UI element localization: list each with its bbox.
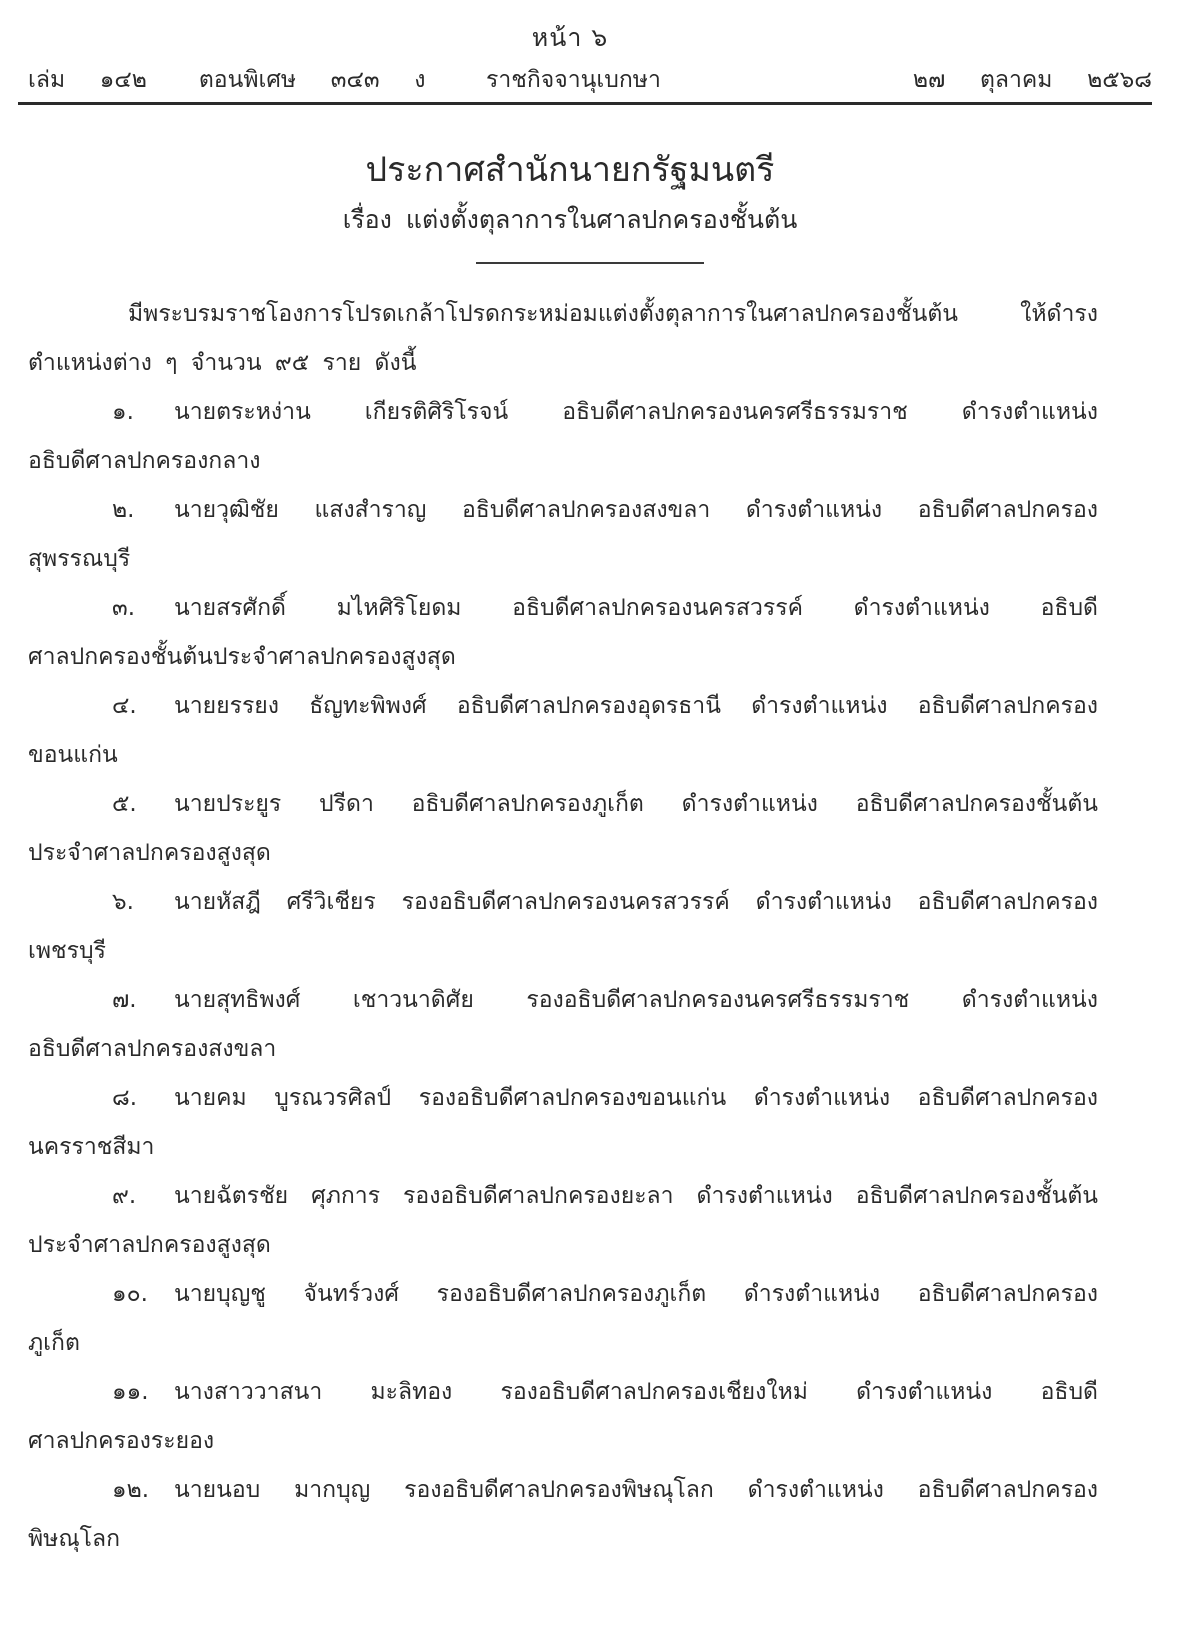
item-first-line: ๓.นายสรศักดิ์ มไหศิริโยดม อธิบดีศาลปกครอ… (28, 584, 1098, 633)
item-first-line: ๔.นายยรรยง ธัญทะพิพงศ์ อธิบดีศาลปกครองอุ… (28, 682, 1098, 731)
intro-paragraph: มีพระบรมราชโองการโปรดเกล้าโปรดกระหม่อมแต… (28, 290, 1098, 388)
header-divider (18, 102, 1152, 105)
item-number: ๙. (112, 1172, 164, 1221)
item-number: ๘. (112, 1074, 164, 1123)
item-text: นายคม บูรณวรศิลป์ รองอธิบดีศาลปกครองขอนแ… (174, 1085, 1098, 1111)
item-continuation: พิษณุโลก (28, 1515, 1098, 1564)
item-continuation: นครราชสีมา (28, 1123, 1098, 1172)
item-text: นายหัสฎี ศรีวิเชียร รองอธิบดีศาลปกครองนค… (174, 889, 1098, 915)
item-number: ๗. (112, 976, 164, 1025)
item-continuation: ศาลปกครองชั้นต้นประจำศาลปกครองสูงสุด (28, 633, 1098, 682)
item-text: นายสุทธิพงศ์ เชาวนาดิศัย รองอธิบดีศาลปกค… (174, 987, 1098, 1013)
item-text: นายฉัตรชัย ศุภการ รองอธิบดีศาลปกครองยะลา… (174, 1183, 1098, 1209)
list-item: ๑.นายตระหง่าน เกียรติศิริโรจน์ อธิบดีศาล… (28, 388, 1098, 486)
item-text: นายประยูร ปรีดา อธิบดีศาลปกครองภูเก็ต ดำ… (174, 791, 1098, 817)
item-text: นายนอบ มากบุญ รองอธิบดีศาลปกครองพิษณุโลก… (174, 1477, 1098, 1503)
item-number: ๔. (112, 682, 164, 731)
running-header: เล่ม ๑๔๒ ตอนพิเศษ ๓๔๓ ง ราชกิจจานุเบกษา … (28, 62, 1152, 96)
item-first-line: ๗.นายสุทธิพงศ์ เชาวนาดิศัย รองอธิบดีศาลป… (28, 976, 1098, 1025)
item-first-line: ๑๑.นางสาววาสนา มะลิทอง รองอธิบดีศาลปกครอ… (28, 1368, 1098, 1417)
item-number: ๓. (112, 584, 164, 633)
item-first-line: ๙.นายฉัตรชัย ศุภการ รองอธิบดีศาลปกครองยะ… (28, 1172, 1098, 1221)
list-item: ๖.นายหัสฎี ศรีวิเชียร รองอธิบดีศาลปกครอง… (28, 878, 1098, 976)
document-title: ประกาศสำนักนายกรัฐมนตรี (0, 142, 1140, 196)
list-item: ๑๐.นายบุญชู จันทร์วงศ์ รองอธิบดีศาลปกครอ… (28, 1270, 1098, 1368)
list-item: ๘.นายคม บูรณวรศิลป์ รองอธิบดีศาลปกครองขอ… (28, 1074, 1098, 1172)
item-first-line: ๑๐.นายบุญชู จันทร์วงศ์ รองอธิบดีศาลปกครอ… (28, 1270, 1098, 1319)
publication-date: ๒๗ ตุลาคม ๒๕๖๘ (913, 62, 1152, 98)
item-continuation: ประจำศาลปกครองสูงสุด (28, 829, 1098, 878)
list-item: ๓.นายสรศักดิ์ มไหศิริโยดม อธิบดีศาลปกครอ… (28, 584, 1098, 682)
item-first-line: ๘.นายคม บูรณวรศิลป์ รองอธิบดีศาลปกครองขอ… (28, 1074, 1098, 1123)
item-text: นายสรศักดิ์ มไหศิริโยดม อธิบดีศาลปกครองน… (174, 595, 1098, 621)
volume-issue: เล่ม ๑๔๒ ตอนพิเศษ ๓๔๓ ง (28, 62, 425, 98)
item-first-line: ๑.นายตระหง่าน เกียรติศิริโรจน์ อธิบดีศาล… (28, 388, 1098, 437)
item-text: นายตระหง่าน เกียรติศิริโรจน์ อธิบดีศาลปก… (174, 399, 1098, 425)
item-continuation: เพชรบุรี (28, 927, 1098, 976)
list-item: ๗.นายสุทธิพงศ์ เชาวนาดิศัย รองอธิบดีศาลป… (28, 976, 1098, 1074)
item-number: ๑๐. (112, 1270, 164, 1319)
item-number: ๑๑. (112, 1368, 164, 1417)
item-first-line: ๒.นายวุฒิชัย แสงสำราญ อธิบดีศาลปกครองสงข… (28, 486, 1098, 535)
item-continuation: ศาลปกครองระยอง (28, 1417, 1098, 1466)
item-continuation: ประจำศาลปกครองสูงสุด (28, 1221, 1098, 1270)
page-number: หน้า ๖ (0, 18, 1140, 58)
item-first-line: ๑๒.นายนอบ มากบุญ รองอธิบดีศาลปกครองพิษณุ… (28, 1466, 1098, 1515)
document-subtitle: เรื่อง แต่งตั้งตุลาการในศาลปกครองชั้นต้น (0, 200, 1140, 240)
item-first-line: ๖.นายหัสฎี ศรีวิเชียร รองอธิบดีศาลปกครอง… (28, 878, 1098, 927)
appointment-list: ๑.นายตระหง่าน เกียรติศิริโรจน์ อธิบดีศาล… (28, 388, 1098, 1564)
item-number: ๑. (112, 388, 164, 437)
item-number: ๖. (112, 878, 164, 927)
list-item: ๒.นายวุฒิชัย แสงสำราญ อธิบดีศาลปกครองสงข… (28, 486, 1098, 584)
item-number: ๕. (112, 780, 164, 829)
publication-name: ราชกิจจานุเบกษา (486, 62, 661, 98)
list-item: ๑๒.นายนอบ มากบุญ รองอธิบดีศาลปกครองพิษณุ… (28, 1466, 1098, 1564)
item-number: ๒. (112, 486, 164, 535)
list-item: ๙.นายฉัตรชัย ศุภการ รองอธิบดีศาลปกครองยะ… (28, 1172, 1098, 1270)
list-item: ๑๑.นางสาววาสนา มะลิทอง รองอธิบดีศาลปกครอ… (28, 1368, 1098, 1466)
item-number: ๑๒. (112, 1466, 164, 1515)
item-continuation: สุพรรณบุรี (28, 535, 1098, 584)
list-item: ๔.นายยรรยง ธัญทะพิพงศ์ อธิบดีศาลปกครองอุ… (28, 682, 1098, 780)
item-first-line: ๕.นายประยูร ปรีดา อธิบดีศาลปกครองภูเก็ต … (28, 780, 1098, 829)
item-continuation: อธิบดีศาลปกครองสงขลา (28, 1025, 1098, 1074)
item-continuation: ขอนแก่น (28, 731, 1098, 780)
item-continuation: อธิบดีศาลปกครองกลาง (28, 437, 1098, 486)
item-continuation: ภูเก็ต (28, 1319, 1098, 1368)
item-text: นายวุฒิชัย แสงสำราญ อธิบดีศาลปกครองสงขลา… (174, 497, 1098, 523)
item-text: นายบุญชู จันทร์วงศ์ รองอธิบดีศาลปกครองภู… (174, 1281, 1098, 1307)
list-item: ๕.นายประยูร ปรีดา อธิบดีศาลปกครองภูเก็ต … (28, 780, 1098, 878)
item-text: นายยรรยง ธัญทะพิพงศ์ อธิบดีศาลปกครองอุดร… (174, 693, 1098, 719)
title-divider (476, 262, 704, 264)
item-text: นางสาววาสนา มะลิทอง รองอธิบดีศาลปกครองเช… (174, 1379, 1098, 1405)
document-body: มีพระบรมราชโองการโปรดเกล้าโปรดกระหม่อมแต… (28, 290, 1098, 1564)
